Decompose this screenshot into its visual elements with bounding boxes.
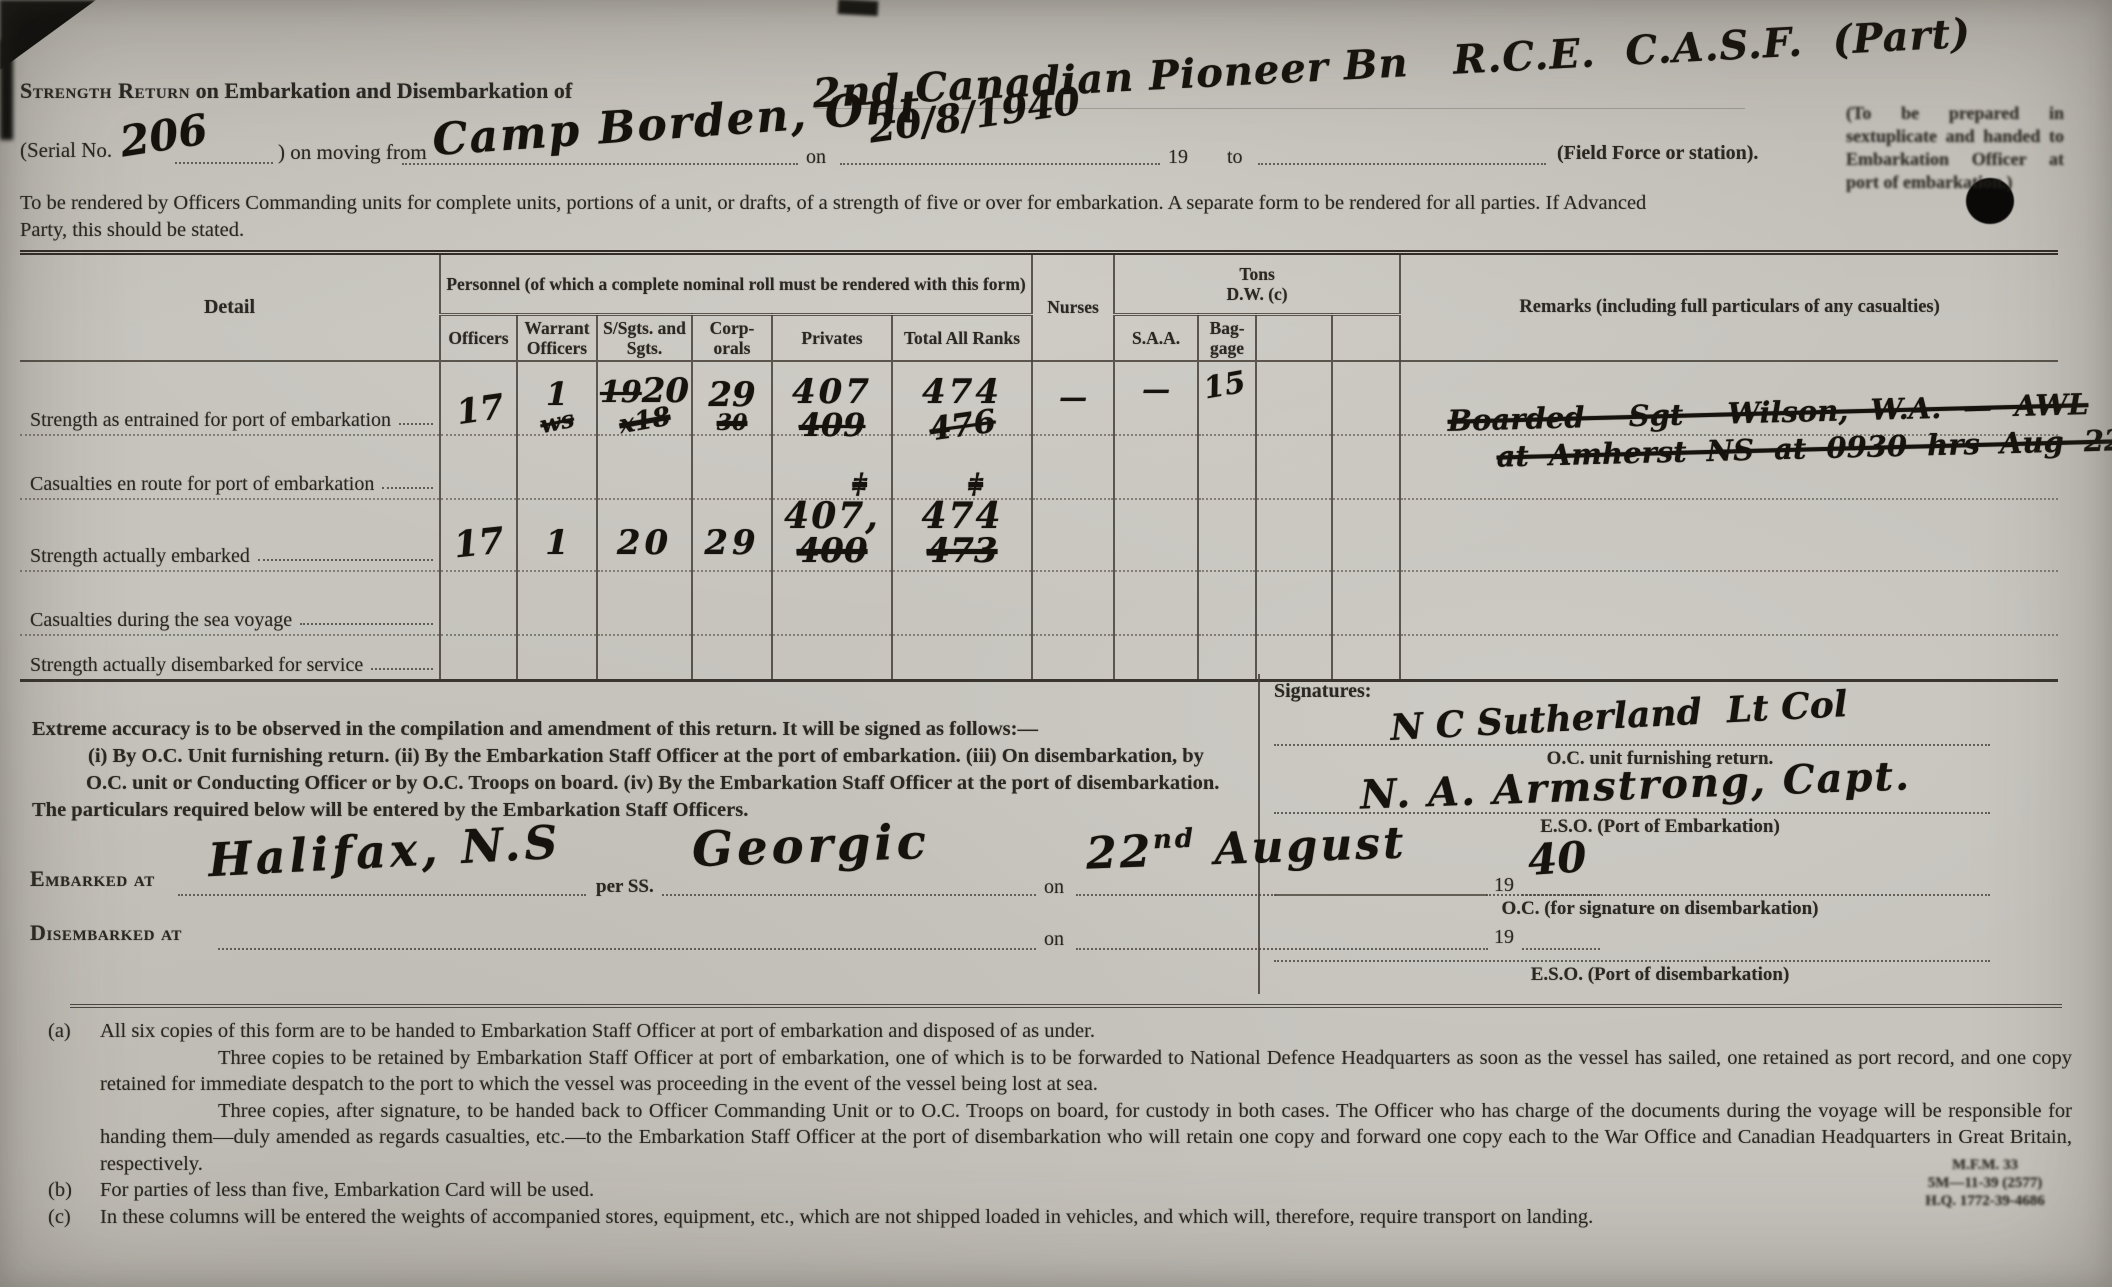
disemb-officers-cell: [440, 635, 517, 681]
entrained-corporals-cell: 29 30: [692, 361, 772, 435]
col-sgts: S/Sgts. and Sgts.: [597, 315, 692, 361]
cassea-saa-cell: [1114, 571, 1198, 635]
ship-handwriting: Georgic: [691, 818, 930, 874]
eso-disembark-label: E.S.O. (Port of disembarkation): [1260, 964, 2060, 986]
col-saa: S.A.A.: [1114, 315, 1198, 361]
form-code-line2: 5M—11-39 (2577): [1900, 1174, 2070, 1192]
embarked-place-handwriting: Halifax, N.S: [207, 819, 563, 883]
accuracy-line2: (i) By O.C. Unit furnishing return. (ii)…: [32, 743, 1219, 770]
disembarked-year-printed: 19: [1494, 926, 1514, 949]
casroute-warrant-cell: [517, 435, 597, 499]
entrained-saa-cell: —: [1114, 361, 1198, 435]
tons-group-header: Tons D.W. (c): [1114, 253, 1400, 315]
embarked-year-printed: 19: [1494, 874, 1514, 897]
row4-label: Casualties during the sea voyage: [30, 609, 292, 632]
dotted-leader: [382, 487, 433, 489]
form-codes: M.F.M. 33 5M—11-39 (2577) H.Q. 1772-39-4…: [1900, 1156, 2070, 1210]
dotted-leader: [300, 623, 433, 625]
footnote-c-text: In these columns will be entered the wei…: [100, 1204, 2072, 1231]
disemb-privates-cell: [772, 635, 892, 681]
row-label-cell: Casualties during the sea voyage: [20, 571, 440, 635]
embarked-on-label: on: [1044, 876, 1064, 899]
detail-header: Detail: [20, 253, 440, 361]
embarked-privates-value: 407,: [784, 498, 880, 534]
form-code-line1: M.F.M. 33: [1900, 1156, 2070, 1174]
footnote-a-para3: Three copies, after signature, to be han…: [48, 1098, 2072, 1178]
entrained-corporals-value: 29: [708, 378, 755, 412]
embarked-warrant-cell: 1: [517, 499, 597, 571]
embarked-corporals-value: 29: [704, 526, 759, 560]
embarked-officers-value: 17: [453, 522, 507, 563]
embarked-year-handwriting: 40: [1527, 836, 1588, 882]
entrained-saa-value: —: [1142, 376, 1170, 404]
cassea-tons-blank-2: [1332, 571, 1400, 635]
casroute-nurses-cell: [1032, 435, 1114, 499]
entrained-warrant-scribble: ws: [538, 406, 576, 437]
embarked-date-line: [1076, 894, 1488, 896]
embarked-officers-cell: 17: [440, 499, 517, 571]
footnote-b: (b) For parties of less than five, Embar…: [48, 1177, 2072, 1204]
entrained-officers-value: 17: [454, 389, 506, 429]
oc-disembark-label: O.C. (for signature on disembarkation): [1260, 898, 2060, 920]
row5-label: Strength actually disembarked for servic…: [30, 654, 363, 677]
embarked-sgts-cell: 20: [597, 499, 692, 571]
scanned-strength-return-form: Strength Return on Embarkation and Disem…: [0, 0, 2112, 1287]
field-force-label: (Field Force or station).: [1557, 142, 1758, 165]
render-note-line2: Party, this should be stated.: [20, 219, 244, 242]
signatures-label: Signatures:: [1274, 680, 1371, 703]
render-note-line1: To be rendered by Officers Commanding un…: [20, 192, 1646, 215]
scan-edge-artifact: [0, 40, 13, 140]
form-title: Strength Return on Embarkation and Disem…: [20, 78, 572, 104]
to-label: to: [1227, 146, 1243, 169]
embarked-date-month: August: [1213, 817, 1407, 875]
moving-from-label: ) on moving from: [278, 140, 427, 165]
casroute-saa-cell: [1114, 435, 1198, 499]
entrained-warrant-cell: 1 ws: [517, 361, 597, 435]
disemb-sgts-cell: [597, 635, 692, 681]
embarked-nurses-cell: [1032, 499, 1114, 571]
embarked-baggage-cell: [1198, 499, 1256, 571]
entrained-tons-blank-2: [1332, 361, 1400, 435]
table-row-casualties-sea: Casualties during the sea voyage: [20, 571, 2058, 635]
entrained-total-cell: 474 476: [892, 361, 1032, 435]
disembarked-place-line: [218, 948, 1036, 950]
casroute-tons-blank-2: [1332, 435, 1400, 499]
entrained-tons-blank-1: [1256, 361, 1332, 435]
embarked-total-value: 474: [921, 498, 1002, 534]
footnote-a-para2-text: Three copies to be retained by Embarkati…: [100, 1045, 2072, 1098]
cassea-privates-cell: [772, 571, 892, 635]
footnote-a-line1: All six copies of this form are to be ha…: [100, 1018, 2072, 1045]
cassea-warrant-cell: [517, 571, 597, 635]
entrained-sgts-cell: 1920 x18: [597, 361, 692, 435]
entrained-privates-value: 407: [792, 375, 872, 409]
entrained-sgts-scribble: x18: [617, 403, 672, 438]
embarked-date-handwriting: 22ndAugust: [1085, 818, 1407, 876]
disemb-saa-cell: [1114, 635, 1198, 681]
nurses-header: Nurses: [1032, 253, 1114, 361]
embarked-date-day: 22: [1085, 826, 1154, 879]
accuracy-line1: Extreme accuracy is to be observed in th…: [32, 716, 1219, 743]
tons-line2: D.W. (c): [1115, 284, 1399, 304]
row1-label: Strength as entrained for port of embark…: [30, 409, 391, 432]
tons-line1: Tons: [1115, 264, 1399, 284]
prepare-note: (To be prepared in sextuplicate and hand…: [1846, 102, 2064, 194]
entrained-officers-cell: 17: [440, 361, 517, 435]
disemb-baggage-cell: [1198, 635, 1256, 681]
embarked-remarks-cell: [1400, 499, 2058, 571]
col-privates: Privates: [772, 315, 892, 361]
eso-signature-line: [1274, 812, 1990, 814]
serial-label: (Serial No.: [20, 138, 112, 163]
col-total-all-ranks: Total All Ranks: [892, 315, 1032, 361]
footnote-b-marker: (b): [48, 1177, 72, 1204]
col-tons-blank-2: [1332, 315, 1400, 361]
entrained-privates-struck: 409: [799, 409, 866, 441]
embarked-total-cell: 474 473: [892, 499, 1032, 571]
cassea-corporals-cell: [692, 571, 772, 635]
serial-handwriting: 206: [117, 108, 210, 163]
entrained-privates-cell: 407 409: [772, 361, 892, 435]
cassea-remarks-cell: [1400, 571, 2058, 635]
casroute-officers-cell: [440, 435, 517, 499]
scan-corner-artifact: [0, 0, 96, 70]
entrained-corporals-struck: 30: [717, 412, 748, 434]
cassea-officers-cell: [440, 571, 517, 635]
row-label-cell: Casualties en route for port of embarkat…: [20, 435, 440, 499]
dotted-leader: [258, 559, 433, 561]
disembarked-year-line: [1522, 948, 1600, 950]
disemb-warrant-cell: [517, 635, 597, 681]
disembarked-date-line: [1076, 948, 1488, 950]
embarked-sgts-value: 20: [617, 526, 672, 560]
row-label-cell: Strength actually embarked: [20, 499, 440, 571]
embarked-tons-blank-1: [1256, 499, 1332, 571]
entrained-nurses-cell: —: [1032, 361, 1114, 435]
embarked-total-struck: 473: [927, 534, 998, 568]
eso-disembark-line: [1274, 960, 1990, 962]
cassea-baggage-cell: [1198, 571, 1256, 635]
on-label: on: [806, 146, 826, 169]
entrained-nurses-value: —: [1059, 381, 1087, 414]
footnote-b-text: For parties of less than five, Embarkati…: [100, 1177, 2072, 1204]
year-printed: 19: [1168, 146, 1188, 169]
to-dots: [1258, 163, 1546, 165]
date-dots: [840, 163, 1160, 165]
row-label-cell: Strength actually disembarked for servic…: [20, 635, 440, 681]
disembarked-at-label: Disembarked at: [30, 920, 182, 946]
embarked-corporals-cell: 29: [692, 499, 772, 571]
entrained-sgts-struck: 19: [600, 375, 642, 410]
casroute-sgts-cell: [597, 435, 692, 499]
accuracy-note: Extreme accuracy is to be observed in th…: [32, 716, 1219, 824]
casroute-baggage-cell: [1198, 435, 1256, 499]
personnel-group-header: Personnel (of which a complete nominal r…: [440, 253, 1032, 315]
footnote-a-para2: Three copies to be retained by Embarkati…: [48, 1045, 2072, 1098]
embarked-at-label: Embarked at: [30, 866, 155, 892]
row2-label: Casualties en route for port of embarkat…: [30, 473, 374, 496]
row-label-cell: Strength as entrained for port of embark…: [20, 361, 440, 435]
embarked-warrant-value: 1: [545, 526, 569, 560]
disemb-corporals-cell: [692, 635, 772, 681]
form-title-smallcaps: Strength Return: [20, 78, 190, 103]
cassea-tons-blank-1: [1256, 571, 1332, 635]
oc-signature-line: [1274, 744, 1990, 746]
remarks-header: Remarks (including full particulars of a…: [1400, 253, 2058, 361]
embarked-saa-cell: [1114, 499, 1198, 571]
casroute-privates-cell: ‡: [772, 435, 892, 499]
cassea-sgts-cell: [597, 571, 692, 635]
row3-label: Strength actually embarked: [30, 545, 250, 568]
disemb-nurses-cell: [1032, 635, 1114, 681]
accuracy-line3: O.C. unit or Conducting Officer or by O.…: [32, 770, 1219, 797]
cassea-total-cell: [892, 571, 1032, 635]
serial-dots: [175, 162, 273, 164]
accuracy-line4: The particulars required below will be e…: [32, 797, 1219, 824]
col-corporals: Corp-orals: [692, 315, 772, 361]
per-ss-label: per SS.: [596, 876, 654, 898]
col-tons-blank-1: [1256, 315, 1332, 361]
col-warrant-officers: Warrant Officers: [517, 315, 597, 361]
entrained-total-struck: 476: [927, 404, 998, 445]
footnote-c-marker: (c): [48, 1204, 71, 1231]
embarked-year-line: [1522, 894, 1600, 896]
footnote-a: (a) All six copies of this form are to b…: [48, 1018, 2072, 1045]
col-baggage: Bag-gage: [1198, 315, 1256, 361]
embarked-tons-blank-2: [1332, 499, 1400, 571]
entrained-baggage-value: 15: [1202, 367, 1248, 404]
col-officers: Officers: [440, 315, 517, 361]
embarked-privates-cell: 407, 400: [772, 499, 892, 571]
oc-signature-handwriting: N C Sutherland Lt Col: [1389, 686, 1848, 746]
scan-top-mark: [838, 0, 879, 16]
casroute-corporals-cell: [692, 435, 772, 499]
table-row-embarked: Strength actually embarked 17 1 20 29 40…: [20, 499, 2058, 571]
footnote-a-marker: (a): [48, 1018, 71, 1045]
embarked-privates-struck: 400: [797, 534, 868, 568]
embarked-date-sup: nd: [1152, 824, 1196, 855]
entrained-baggage-cell: 15: [1198, 361, 1256, 435]
embarked-place-line: [178, 894, 586, 896]
disemb-total-cell: [892, 635, 1032, 681]
dotted-leader: [371, 668, 433, 670]
dotted-leader: [399, 423, 433, 425]
disembarked-on-label: on: [1044, 928, 1064, 951]
footnote-a-para3-text: Three copies, after signature, to be han…: [100, 1098, 2072, 1178]
ship-line: [662, 894, 1036, 896]
cassea-nurses-cell: [1032, 571, 1114, 635]
form-title-rest: on Embarkation and Disembarkation of: [196, 78, 573, 103]
footer-rule: [70, 1004, 2062, 1008]
form-code-line3: H.Q. 1772-39-4686: [1900, 1192, 2070, 1210]
footnotes: (a) All six copies of this form are to b…: [48, 1018, 2072, 1230]
casroute-tons-blank-1: [1256, 435, 1332, 499]
footnote-c: (c) In these columns will be entered the…: [48, 1204, 2072, 1231]
